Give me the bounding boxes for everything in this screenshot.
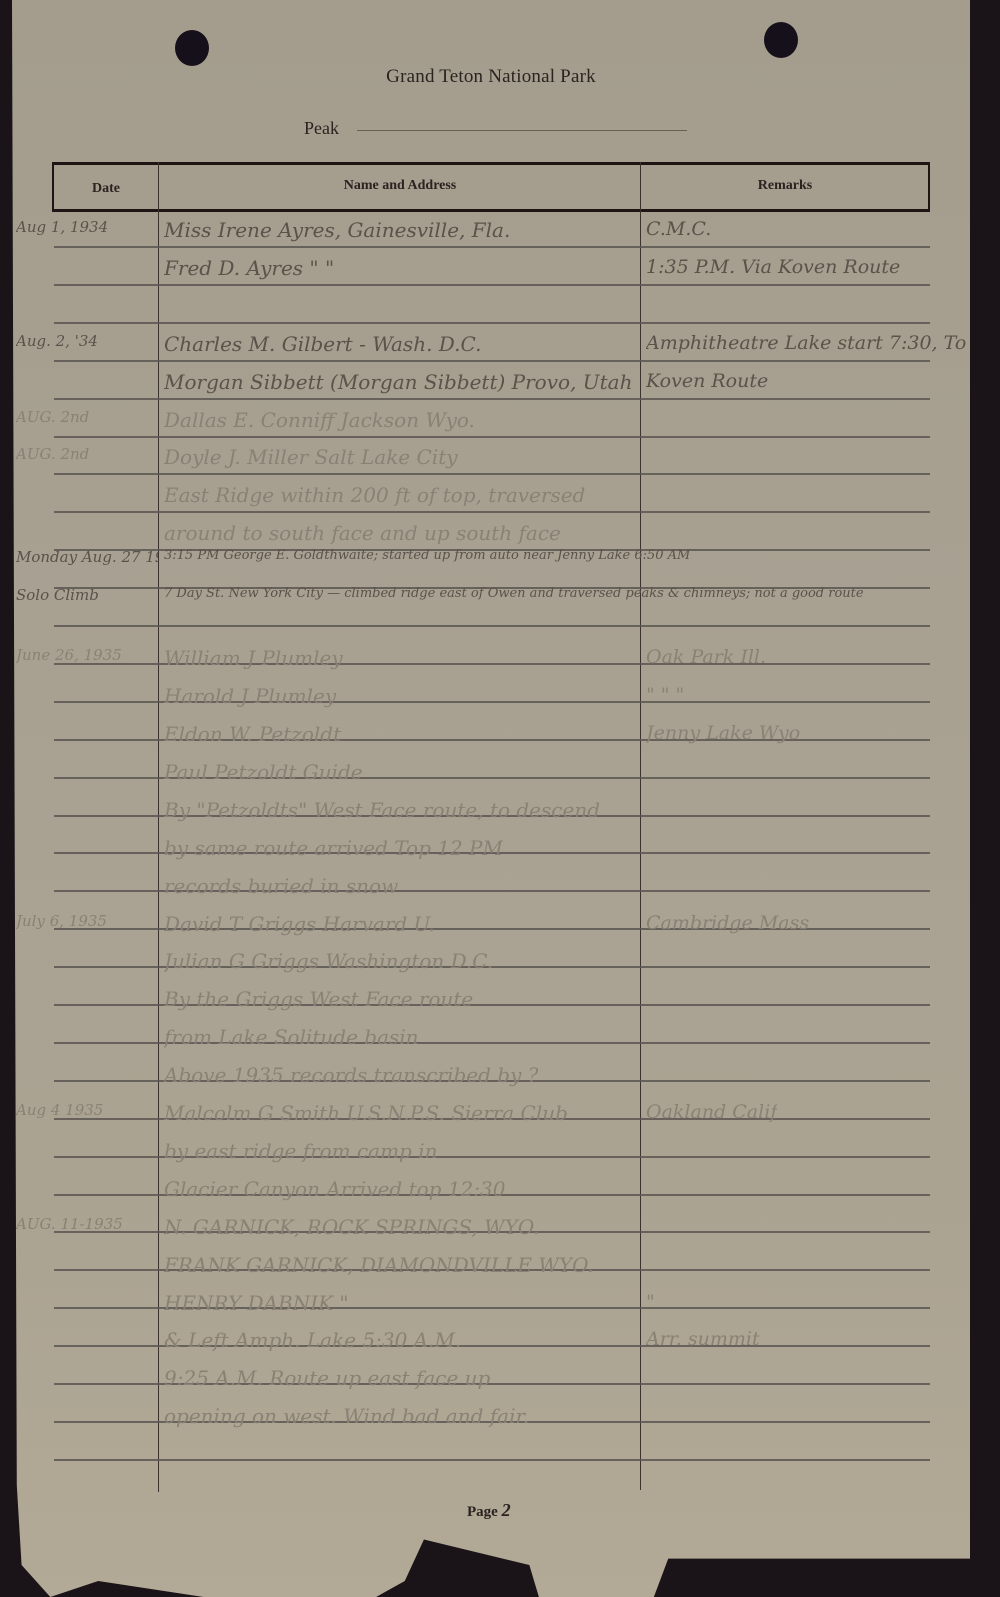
- peak-field: [357, 130, 687, 131]
- ruled-line: [54, 398, 930, 400]
- entry-date: Solo Climb: [16, 586, 99, 604]
- entry-name: around to south face and up south face: [164, 521, 561, 545]
- entry-name: By "Petzoldts" West Face route, to desce…: [164, 798, 600, 822]
- entry-name: Paul Petzoldt Guide: [164, 760, 363, 784]
- ruled-line: [54, 473, 930, 475]
- entry-remarks: Oakland Calif: [646, 1101, 777, 1123]
- entry-date: Monday Aug. 27 1934: [16, 548, 158, 566]
- entry-remarks: Amphitheatre Lake start 7:30, Top 12:30: [646, 332, 966, 354]
- entry-name: by east ridge from camp in: [164, 1139, 438, 1163]
- entry-name: Above 1935 records transcribed by ?: [164, 1063, 538, 1087]
- entry-date: AUG. 2nd: [16, 445, 89, 463]
- register-page: Grand Teton National Park Peak Date Name…: [12, 0, 970, 1597]
- entry-remarks: Koven Route: [646, 370, 768, 392]
- entry-name: David T Griggs Harvard U.: [164, 912, 435, 936]
- ruled-line: [54, 436, 930, 438]
- entry-name: 3:15 PM George E. Goldthwaite; started u…: [164, 548, 690, 563]
- entry-name: Julian G Griggs Washington D.C.: [164, 949, 493, 973]
- table-header: Date Name and Address Remarks: [52, 162, 930, 212]
- punch-hole-left: [175, 30, 209, 66]
- entry-remarks: Jenny Lake Wyo: [646, 722, 800, 744]
- column-header-date: Date: [54, 181, 158, 197]
- column-header-remarks: Remarks: [642, 178, 928, 194]
- entry-name: William J Plumley: [164, 646, 343, 670]
- entry-name: Doyle J. Miller Salt Lake City: [164, 445, 458, 469]
- entry-remarks: ": [646, 1291, 655, 1313]
- entry-name: Morgan Sibbett (Morgan Sibbett) Provo, U…: [164, 370, 632, 394]
- ruled-line: [54, 246, 930, 248]
- entry-date: July 6, 1935: [16, 912, 107, 930]
- entry-name: By the Griggs West Face route: [164, 987, 473, 1011]
- entry-name: Glacier Canyon Arrived top 12:30: [164, 1177, 505, 1201]
- page-label: Page: [467, 1504, 498, 1520]
- ruled-line: [54, 322, 930, 324]
- entry-date: AUG. 11-1935: [16, 1215, 123, 1233]
- entry-name: Eldon W. Petzoldt: [164, 722, 341, 746]
- entry-remarks: C.M.C.: [646, 218, 711, 240]
- entry-name: Charles M. Gilbert - Wash. D.C.: [164, 332, 481, 356]
- entry-name: N. GARNICK, ROCK SPRINGS, WYO.: [164, 1215, 539, 1239]
- page-title: Grand Teton National Park: [12, 66, 970, 88]
- page-number: Page 2: [467, 1500, 511, 1521]
- punch-hole-right: [764, 22, 798, 58]
- entry-date: Aug 1, 1934: [16, 218, 108, 236]
- entry-name: 9:25 A.M. Route up east face up: [164, 1366, 490, 1390]
- entry-name: 7 Day St. New York City — climbed ridge …: [164, 586, 864, 601]
- ruled-line: [54, 511, 930, 513]
- entry-name: Fred D. Ayres " ": [164, 256, 334, 280]
- ruled-line: [54, 284, 930, 286]
- entry-name: HENRY DABNIK ": [164, 1291, 349, 1315]
- entry-remarks: Arr. summit: [646, 1328, 760, 1350]
- entry-name: Malcolm G Smith U.S.N.P.S. Sierra Club: [164, 1101, 568, 1125]
- entry-name: records buried in snow: [164, 874, 398, 898]
- entry-date: AUG. 2nd: [16, 408, 89, 426]
- entry-name: East Ridge within 200 ft of top, travers…: [164, 483, 585, 507]
- entry-name: Harold J Plumley: [164, 684, 336, 708]
- entry-remarks: 1:35 P.M. Via Koven Route: [646, 256, 900, 278]
- entry-name: FRANK GARNICK, DIAMONDVILLE WYO.: [164, 1253, 594, 1277]
- ruled-line: [54, 360, 930, 362]
- column-header-name: Name and Address: [160, 178, 640, 194]
- ruled-line: [54, 625, 930, 627]
- entry-date: Aug 4 1935: [16, 1101, 103, 1119]
- entry-name: & Left Amph. Lake 5:30 A.M.: [164, 1328, 461, 1352]
- entry-remarks: Cambridge Mass: [646, 912, 809, 934]
- page-number-value: 2: [502, 1500, 511, 1520]
- entry-date: June 26, 1935: [16, 646, 122, 664]
- entry-name: Dallas E. Conniff Jackson Wyo.: [164, 408, 475, 432]
- entry-name: opening on west. Wind bad and fair.: [164, 1404, 529, 1428]
- entry-remarks: Oak Park Ill.: [646, 646, 766, 668]
- entry-date: Aug. 2, '34: [16, 332, 98, 350]
- peak-label: Peak: [304, 118, 339, 139]
- entry-name: Miss Irene Ayres, Gainesville, Fla.: [164, 218, 510, 242]
- entry-remarks: " " ": [646, 684, 684, 706]
- entry-name: from Lake Solitude basin: [164, 1025, 419, 1049]
- entry-name: by same route arrived Top 12 PM: [164, 836, 503, 860]
- ruled-line: [54, 1459, 930, 1461]
